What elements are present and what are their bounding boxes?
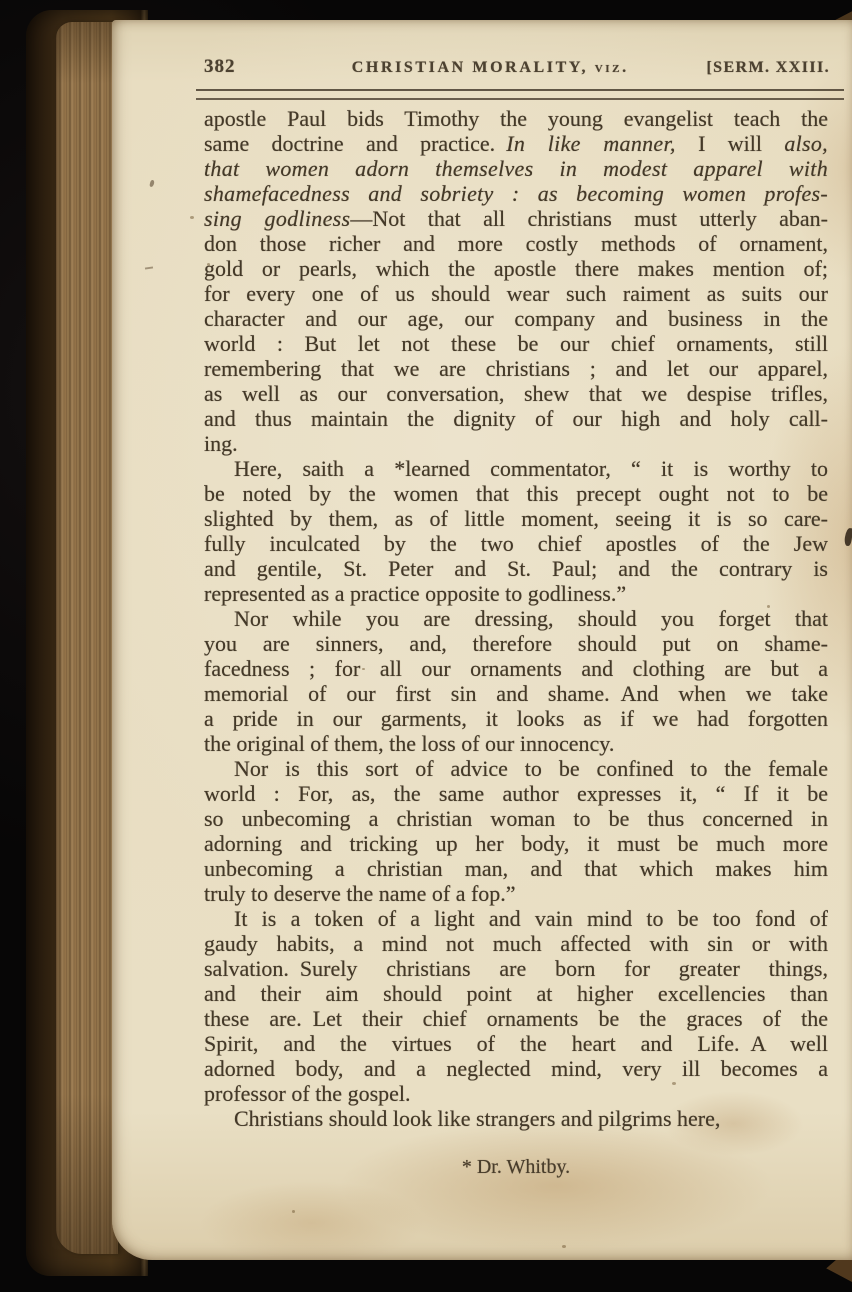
text-line: slighted by them, as of little moment, s…	[204, 506, 828, 531]
text-line: Nor is this sort of advice to be confine…	[204, 756, 828, 781]
book-photo: 382 CHRISTIAN MORALITY, viz. [SERM. XXII…	[0, 0, 852, 1292]
text-line: you are sinners, and, therefore should p…	[204, 631, 828, 656]
text-line: and their aim should point at higher exc…	[204, 981, 828, 1006]
text-line: as well as our conversation, shew that w…	[204, 381, 828, 406]
text-line: the original of them, the loss of our in…	[204, 731, 828, 756]
running-title: CHRISTIAN MORALITY, viz.	[274, 59, 706, 77]
text-line: Spirit, and the virtues of the heart and…	[204, 1031, 828, 1056]
foxing-speck	[207, 263, 210, 266]
text-line: a pride in our garments, it looks as if …	[204, 706, 828, 731]
foxing-speck	[767, 605, 770, 608]
text-line: It is a token of a light and vain mind t…	[204, 906, 828, 931]
header-rule	[196, 89, 844, 100]
footnote-text: * Dr. Whitby.	[462, 1156, 570, 1178]
text-line: memorial of our first sin and shame. And…	[204, 681, 828, 706]
text-line: sing godliness—Not that all christians m…	[204, 206, 828, 231]
footnote: * Dr. Whitby.	[204, 1156, 828, 1179]
text-line: world : For, as, the same author express…	[204, 781, 828, 806]
text-line: same doctrine and practice. In like mann…	[204, 131, 828, 156]
book-fore-edge	[56, 22, 118, 1254]
foxing-speck	[190, 216, 194, 219]
text-line: and gentile, St. Peter and St. Paul; and…	[204, 556, 828, 581]
foxing-speck	[292, 1210, 295, 1213]
text-line: Nor while you are dressing, should you f…	[204, 606, 828, 631]
text-line: gold or pearls, which the apostle there …	[204, 256, 828, 281]
text-line: Here, saith a *learned commentator, “ it…	[204, 456, 828, 481]
text-line: apostle Paul bids Timothy the young evan…	[204, 106, 828, 131]
text-line: salvation. Surely christians are born fo…	[204, 956, 828, 981]
text-line: that women adorn themselves in modest ap…	[204, 156, 828, 181]
text-line: adorned body, and a neglected mind, very…	[204, 1056, 828, 1081]
text-line: so unbecoming a christian woman to be th…	[204, 806, 828, 831]
page-number: 382	[204, 56, 274, 78]
text-line: truly to deserve the name of a fop.”	[204, 881, 828, 906]
text-line: gaudy habits, a mind not much affected w…	[204, 931, 828, 956]
margin-ink-speck	[145, 266, 153, 269]
foxing-speck	[562, 1245, 566, 1248]
text-line: be noted by the women that this precept …	[204, 481, 828, 506]
text-line: fully inculcated by the two chief apostl…	[204, 531, 828, 556]
foxing-speck	[362, 668, 365, 670]
body-text: apostle Paul bids Timothy the young evan…	[204, 106, 828, 1131]
text-line: shamefacedness and sobriety : as becomin…	[204, 181, 828, 206]
text-line: unbecoming a christian man, and that whi…	[204, 856, 828, 881]
section-label: [SERM. XXIII.	[706, 59, 830, 77]
text-line: don those richer and more costly methods…	[204, 231, 828, 256]
page-header: 382 CHRISTIAN MORALITY, viz. [SERM. XXII…	[204, 56, 830, 80]
text-line: and thus maintain the dignity of our hig…	[204, 406, 828, 431]
text-line: facedness ; for all our ornaments and cl…	[204, 656, 828, 681]
text-line: for every one of us should wear such rai…	[204, 281, 828, 306]
text-line: Christians should look like strangers an…	[204, 1106, 828, 1131]
text-line: world : But let not these be our chief o…	[204, 331, 828, 356]
text-line: adorning and tricking up her body, it mu…	[204, 831, 828, 856]
text-line: ing.	[204, 431, 828, 456]
book-page: 382 CHRISTIAN MORALITY, viz. [SERM. XXII…	[112, 20, 852, 1260]
foxing-speck	[672, 1082, 676, 1085]
page-edge-ink-mark	[844, 528, 852, 547]
text-line: represented as a practice opposite to go…	[204, 581, 828, 606]
text-line: these are. Let their chief ornaments be …	[204, 1006, 828, 1031]
text-line: remembering that we are christians ; and…	[204, 356, 828, 381]
text-line: character and our age, our company and b…	[204, 306, 828, 331]
margin-ink-speck	[149, 180, 155, 188]
text-line: professor of the gospel.	[204, 1081, 828, 1106]
